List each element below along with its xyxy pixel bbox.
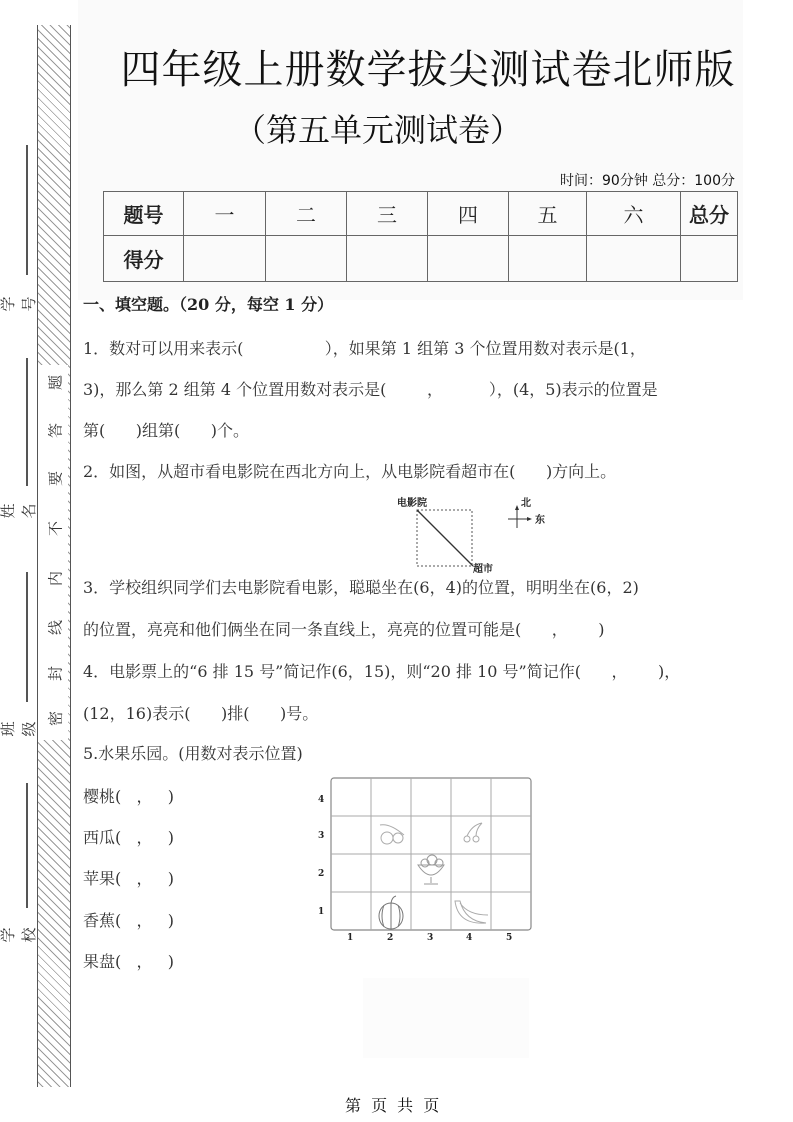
section-heading: 一、填空题。（20 分，每空 1 分） — [83, 292, 333, 315]
seal-char: 要 — [45, 469, 66, 489]
x-tick: 1 — [347, 933, 353, 943]
question-4-line-2: (12，16)表示( )排( )号。 — [83, 701, 318, 724]
time-and-score-info: 时间：90分钟 总分：100分 — [560, 170, 735, 190]
fruit-grid-lines — [310, 775, 540, 945]
fruit-answer-item: 果盘( ， ) — [83, 949, 174, 972]
class-label: 班级 — [0, 717, 39, 741]
score-cell[interactable] — [681, 236, 738, 282]
score-table-score-row: 得分 — [104, 236, 738, 282]
header-cell: 三 — [347, 192, 428, 236]
score-cell[interactable] — [266, 236, 347, 282]
score-cell[interactable] — [347, 236, 428, 282]
cherry-icon — [464, 823, 482, 842]
header-cell: 六 — [587, 192, 681, 236]
page-footer: 第 页 共 页 — [345, 1093, 439, 1116]
seal-char: 题 — [45, 373, 66, 393]
watermelon-icon — [379, 896, 403, 929]
seal-char: 答 — [45, 421, 66, 441]
score-cell[interactable] — [184, 236, 266, 282]
seal-char: 封 — [45, 664, 66, 684]
fruit-answer-item: 香蕉( ， ) — [83, 908, 174, 931]
row-label: 得分 — [104, 236, 184, 282]
fruit-grid: 4 3 2 1 1 2 3 4 5 — [310, 775, 540, 945]
seal-char: 不 — [45, 519, 66, 539]
cinema-label: 电影院 — [397, 494, 427, 509]
faint-blank-area — [363, 978, 529, 1058]
y-tick: 2 — [318, 869, 324, 879]
student-id-line[interactable] — [26, 145, 28, 275]
page-subtitle: （第五单元测试卷） — [78, 105, 678, 151]
question-1-line-3: 第( )组第( )个。 — [83, 418, 249, 441]
question-2-line-1: 2．如图，从超市看电影院在西北方向上，从电影院看超市在( )方向上。 — [83, 459, 616, 482]
header-cell: 题号 — [104, 192, 184, 236]
question-3-line-1: 3．学校组织同学们去电影院看电影，聪聪坐在(6，4)的位置，明明坐在(6，2) — [83, 575, 639, 598]
name-line[interactable] — [26, 358, 28, 486]
apple-icon — [380, 825, 404, 844]
school-line[interactable] — [26, 783, 28, 908]
page-title: 四年级上册数学拔尖测试卷北师版 — [78, 38, 778, 95]
seal-char: 线 — [45, 618, 66, 638]
market-label: 超市 — [473, 560, 493, 575]
class-line[interactable] — [26, 572, 28, 702]
header-cell: 五 — [509, 192, 587, 236]
x-tick: 3 — [427, 933, 433, 943]
fruit-answer-item: 西瓜( ， ) — [83, 825, 174, 848]
x-tick: 5 — [506, 933, 512, 943]
y-tick: 3 — [318, 831, 324, 841]
score-cell[interactable] — [509, 236, 587, 282]
score-cell[interactable] — [428, 236, 509, 282]
x-tick: 2 — [387, 933, 393, 943]
student-id-label: 学号 — [0, 292, 39, 316]
fruit-bowl-icon — [418, 855, 444, 884]
header-cell: 一 — [184, 192, 266, 236]
question-3-line-2: 的位置，亮亮和他们俩坐在同一条直线上，亮亮的位置可能是( ， ) — [83, 617, 605, 640]
question-5-line-1: 5.水果乐园。(用数对表示位置) — [83, 741, 303, 764]
question-1-line-2: 3)，那么第 2 组第 4 个位置用数对表示是( ， ），(4，5)表示的位置是 — [83, 377, 658, 400]
y-tick: 4 — [318, 795, 324, 805]
header-cell: 二 — [266, 192, 347, 236]
north-label: 北 — [521, 494, 531, 509]
name-label: 姓名 — [0, 499, 39, 523]
east-label: 东 — [535, 511, 545, 526]
fruit-answer-item: 樱桃( ， ) — [83, 784, 174, 807]
seal-char: 内 — [45, 569, 66, 589]
score-table-header-row: 题号 一 二 三 四 五 六 总分 — [104, 192, 738, 236]
banana-icon — [455, 901, 488, 923]
school-label: 学校 — [0, 923, 39, 947]
question-1-line-1: 1．数对可以用来表示( ），如果第 1 组第 3 个位置用数对表示是(1， — [83, 336, 646, 359]
header-cell: 四 — [428, 192, 509, 236]
fruit-answer-item: 苹果( ， ) — [83, 866, 174, 889]
score-cell[interactable] — [587, 236, 681, 282]
header-cell: 总分 — [681, 192, 738, 236]
seal-char: 密 — [45, 709, 66, 729]
score-table: 题号 一 二 三 四 五 六 总分 得分 — [103, 191, 738, 282]
direction-diagram: 电影院 超市 北 东 — [395, 492, 570, 572]
question-4-line-1: 4．电影票上的“6 排 15 号”简记作(6，15)，则“20 排 10 号”简… — [83, 659, 680, 682]
y-tick: 1 — [318, 907, 324, 917]
x-tick: 4 — [466, 933, 472, 943]
